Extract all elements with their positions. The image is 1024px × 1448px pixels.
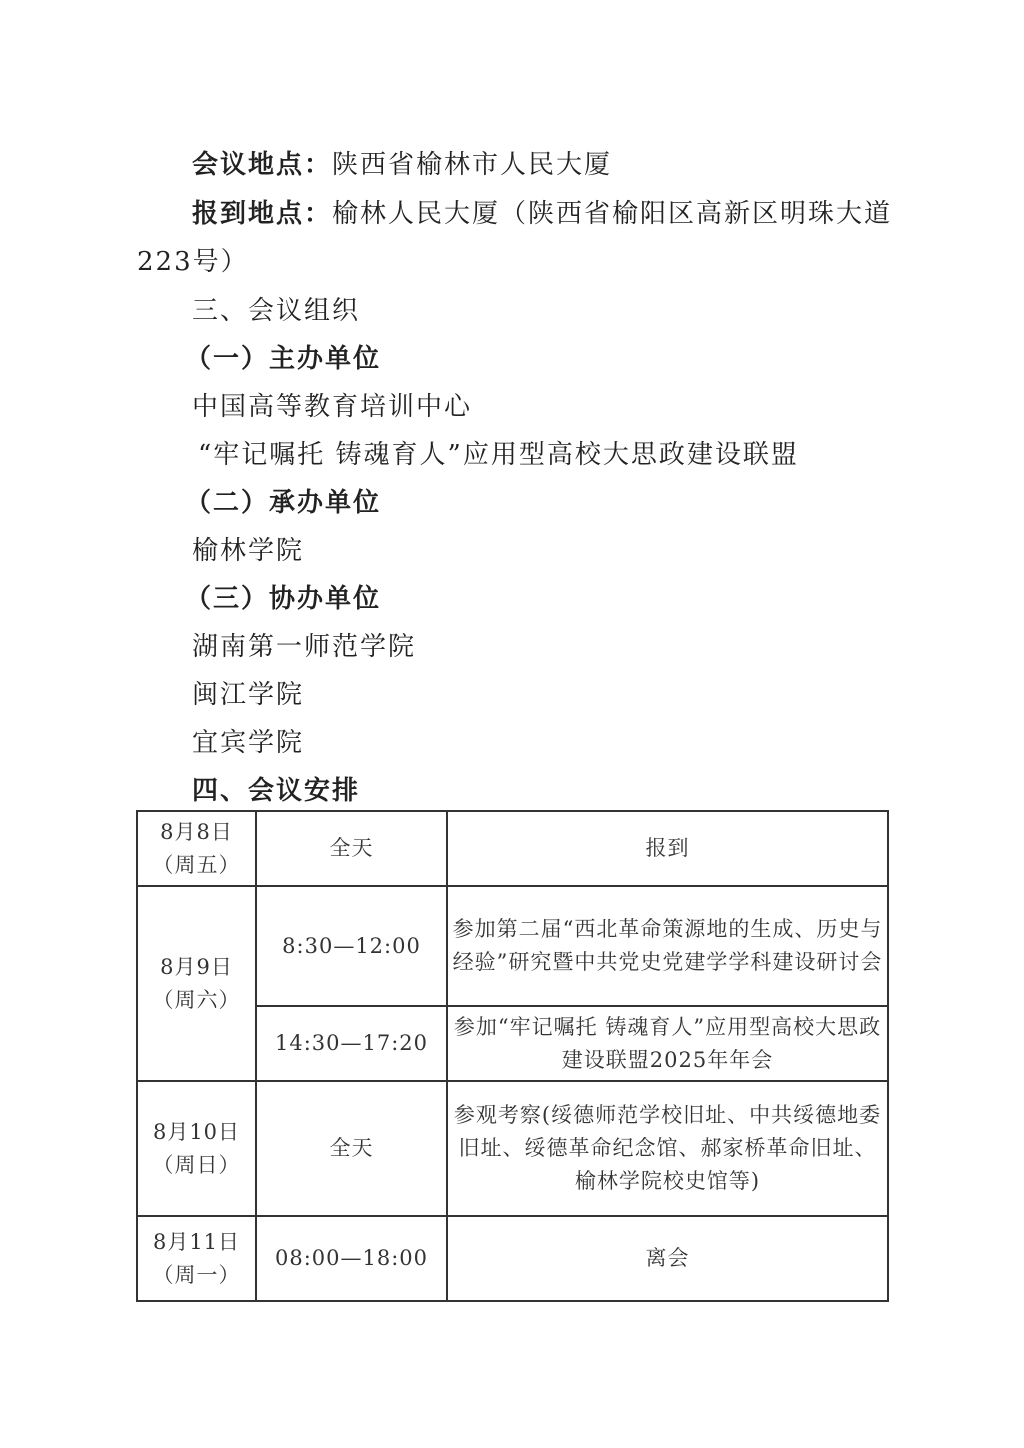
table-row: 8月10日 （周日） 全天 参观考察(绥德师范学校旧址、中共绥德地委旧址、绥德革… — [137, 1081, 888, 1216]
date: 8月8日 — [142, 816, 251, 849]
table-row: 8月9日 （周六） 8:30—12:00 参加第二届“西北革命策源地的生成、历史… — [137, 886, 888, 1006]
weekday: （周日） — [142, 1149, 251, 1182]
sponsor-item: 中国高等教育培训中心 — [192, 390, 472, 424]
weekday: （周六） — [142, 984, 251, 1017]
time-cell: 8:30—12:00 — [256, 886, 447, 1006]
activity-cell: 报到 — [447, 811, 888, 886]
date: 8月10日 — [142, 1116, 251, 1149]
co-organizer-item: 宜宾学院 — [192, 726, 304, 760]
date-cell: 8月11日 （周一） — [137, 1216, 256, 1301]
date-cell: 8月10日 （周日） — [137, 1081, 256, 1216]
section4-title: 四、会议安排 — [192, 774, 360, 808]
date-cell: 8月9日 （周六） — [137, 886, 256, 1081]
activity-cell: 参加第二届“西北革命策源地的生成、历史与经验”研究暨中共党史党建学学科建设研讨会 — [447, 886, 888, 1006]
registration-value: 榆林人民大厦（陕西省榆阳区高新区明珠大道 — [332, 199, 892, 229]
weekday: （周五） — [142, 849, 251, 882]
time-cell: 全天 — [256, 1081, 447, 1216]
co-organizer-item: 闽江学院 — [192, 678, 304, 712]
date: 8月11日 — [142, 1226, 251, 1259]
time-cell: 14:30—17:20 — [256, 1006, 447, 1081]
activity-cell: 离会 — [447, 1216, 888, 1301]
co-organizers-title: （三）协办单位 — [185, 582, 381, 616]
table-row: 8月8日 （周五） 全天 报到 — [137, 811, 888, 886]
time-cell: 全天 — [256, 811, 447, 886]
venue-line: 会议地点：陕西省榆林市人民大厦 — [192, 148, 612, 182]
organizer-item: 榆林学院 — [192, 534, 304, 568]
date: 8月9日 — [142, 951, 251, 984]
time-cell: 08:00—18:00 — [256, 1216, 447, 1301]
venue-value: 陕西省榆林市人民大厦 — [332, 150, 612, 180]
sponsors-title: （一）主办单位 — [185, 342, 381, 376]
table-row: 8月11日 （周一） 08:00—18:00 离会 — [137, 1216, 888, 1301]
sponsor-item: “牢记嘱托 铸魂育人”应用型高校大思政建设联盟 — [198, 438, 799, 472]
organizers-title: （二）承办单位 — [185, 486, 381, 520]
date-cell: 8月8日 （周五） — [137, 811, 256, 886]
section3-title: 三、会议组织 — [192, 294, 360, 328]
activity-cell: 参加“牢记嘱托 铸魂育人”应用型高校大思政建设联盟2025年年会 — [447, 1006, 888, 1081]
registration-label: 报到地点： — [192, 199, 332, 229]
co-organizer-item: 湖南第一师范学院 — [192, 630, 416, 664]
registration-line-2: 223号） — [137, 245, 249, 279]
schedule-table: 8月8日 （周五） 全天 报到 8月9日 （周六） 8:30—12:00 参加第… — [136, 810, 889, 1302]
activity-cell: 参观考察(绥德师范学校旧址、中共绥德地委旧址、绥德革命纪念馆、郝家桥革命旧址、榆… — [447, 1081, 888, 1216]
registration-line: 报到地点：榆林人民大厦（陕西省榆阳区高新区明珠大道 — [192, 197, 892, 231]
weekday: （周一） — [142, 1259, 251, 1292]
venue-label: 会议地点： — [192, 150, 332, 180]
